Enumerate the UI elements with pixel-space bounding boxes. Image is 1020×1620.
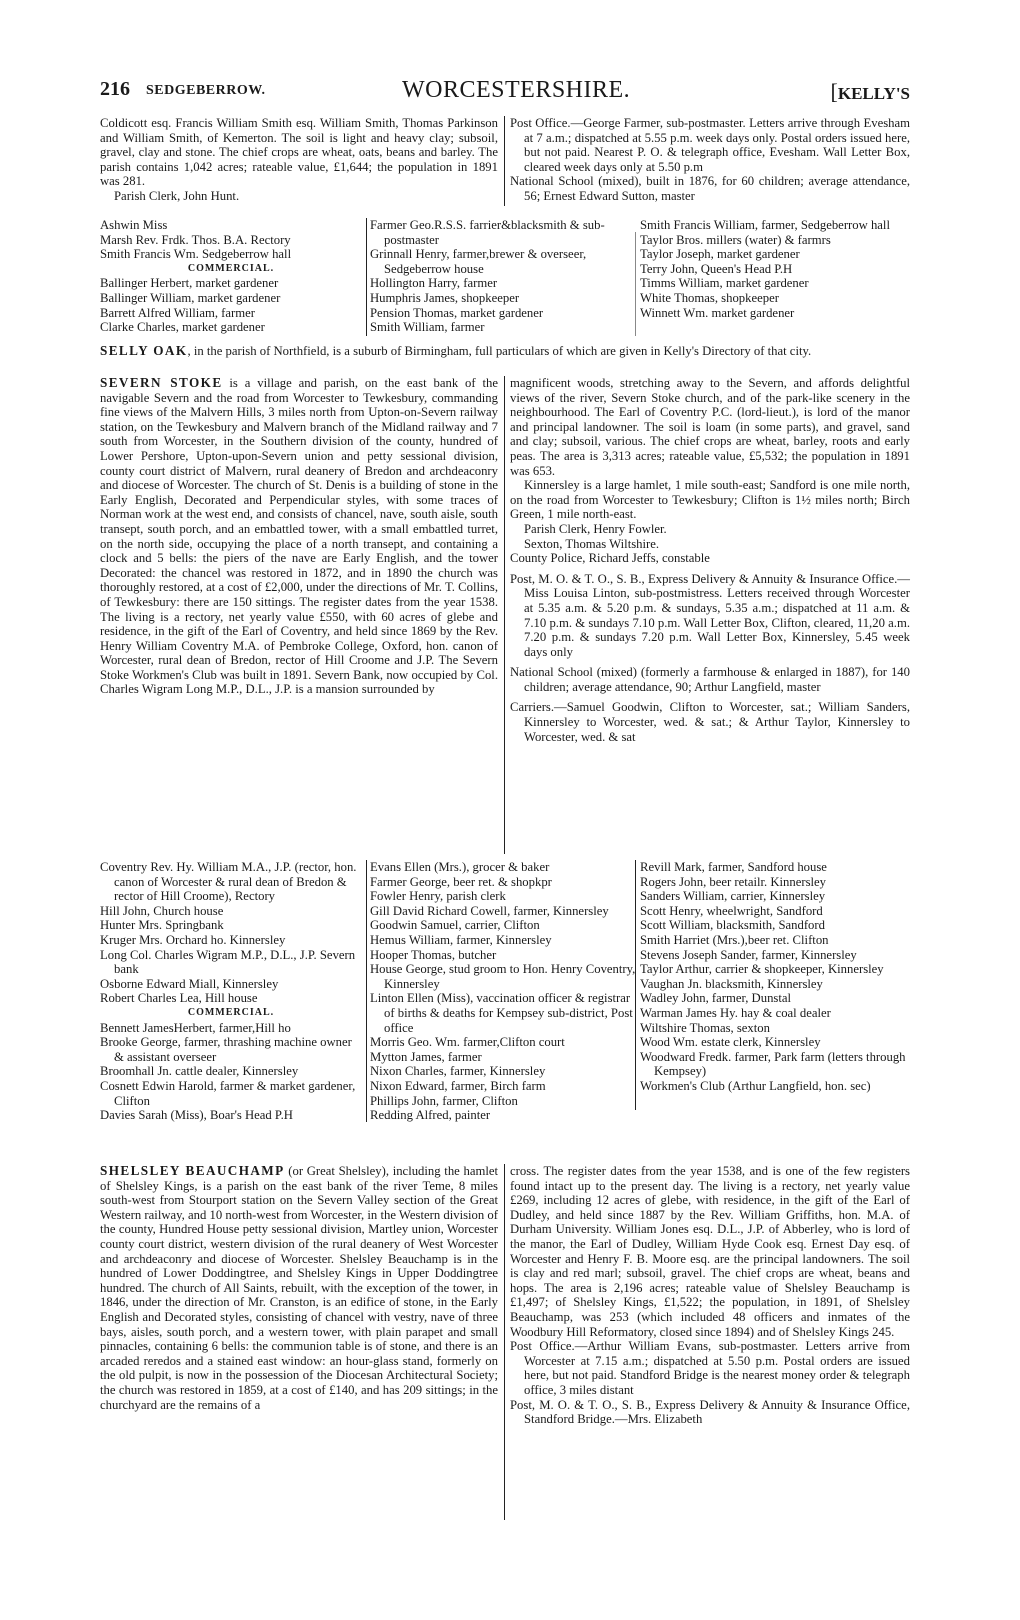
- column-divider: [504, 1164, 505, 1520]
- directory-entry: Hunter Mrs. Springbank: [100, 918, 362, 933]
- directory-entry: Redding Alfred, painter: [370, 1108, 636, 1123]
- shelsley-beauchamp-heading: SHELSLEY BEAUCHAMP: [100, 1163, 285, 1178]
- directory-entry: House George, stud groom to Hon. Henry C…: [370, 962, 636, 991]
- sedgeberrow-private-list: Ashwin MissMarsh Rev. Frdk. Thos. B.A. R…: [100, 218, 362, 335]
- severn-stoke-heading: SEVERN STOKE: [100, 375, 223, 390]
- directory-entry: White Thomas, shopkeeper: [640, 291, 910, 306]
- sedgeberrow-parish-clerk: Parish Clerk, John Hunt.: [100, 189, 498, 204]
- column-divider: [366, 218, 367, 336]
- severn-stoke-parish-clerk: Parish Clerk, Henry Fowler.: [510, 522, 910, 537]
- severn-stoke-school: National School (mixed) (formerly a farm…: [510, 665, 910, 694]
- directory-entry: Terry John, Queen's Head P.H: [640, 262, 910, 277]
- commercial-label: COMMERCIAL.: [100, 262, 362, 277]
- directory-entry: Sanders William, carrier, Kinnersley: [640, 889, 910, 904]
- directory-entry: Smith William, farmer: [370, 320, 636, 335]
- county-title: WORCESTERSHIRE.: [402, 77, 630, 104]
- directory-entry: Barrett Alfred William, farmer: [100, 306, 362, 321]
- directory-entry: Smith Francis William, farmer, Sedgeberr…: [640, 218, 910, 233]
- directory-entry: Evans Ellen (Mrs.), grocer & baker: [370, 860, 636, 875]
- directory-entry: Rogers John, beer retailr. Kinnersley: [640, 875, 910, 890]
- directory-entry: Scott William, blacksmith, Sandford: [640, 918, 910, 933]
- directory-entry: Morris Geo. Wm. farmer,Clifton court: [370, 1035, 636, 1050]
- selly-oak-heading: SELLY OAK: [100, 343, 187, 358]
- selly-oak-entry: SELLY OAK, in the parish of Northfield, …: [100, 344, 910, 359]
- shelsley-beauchamp-text-right: cross. The register dates from the year …: [510, 1164, 910, 1339]
- sedgeberrow-school: National School (mixed), built in 1876, …: [510, 174, 910, 203]
- directory-entry: Farmer George, beer ret. & shopkpr: [370, 875, 636, 890]
- commercial-label: COMMERCIAL.: [100, 1006, 362, 1021]
- directory-entry: Wiltshire Thomas, sexton: [640, 1021, 910, 1036]
- severn-stoke-carriers: Carriers.—Samuel Goodwin, Clifton to Wor…: [510, 700, 910, 744]
- directory-entry: Revill Mark, farmer, Sandford house: [640, 860, 910, 875]
- directory-entry: Brooke George, farmer, thrashing machine…: [100, 1035, 362, 1064]
- directory-entry: Humphris James, shopkeeper: [370, 291, 636, 306]
- directory-entry: Hill John, Church house: [100, 904, 362, 919]
- directory-entry: Ballinger Herbert, market gardener: [100, 276, 362, 291]
- directory-entry: Clarke Charles, market gardener: [100, 320, 362, 335]
- directory-entry: Vaughan Jn. blacksmith, Kinnersley: [640, 977, 910, 992]
- directory-entry: Robert Charles Lea, Hill house: [100, 991, 362, 1006]
- running-place-title: SEDGEBERROW.: [146, 83, 265, 99]
- directory-entry: Wood Wm. estate clerk, Kinnersley: [640, 1035, 910, 1050]
- shelsley-beauchamp-text-left: (or Great Shelsley), including the hamle…: [100, 1164, 498, 1412]
- directory-entry: Taylor Bros. millers (water) & farmrs: [640, 233, 910, 248]
- severn-stoke-hamlets: Kinnersley is a large hamlet, 1 mile sou…: [510, 478, 910, 522]
- sedgeberrow-post-office: Post Office.—George Farmer, sub-postmast…: [510, 116, 910, 174]
- directory-entry: Wadley John, farmer, Dunstal: [640, 991, 910, 1006]
- selly-oak-text: , in the parish of Northfield, is a subu…: [187, 344, 811, 358]
- severn-stoke-continued: magnificent woods, stretching away to th…: [510, 376, 910, 744]
- directory-entry: Goodwin Samuel, carrier, Clifton: [370, 918, 636, 933]
- severn-stoke-commercial-list-3: Revill Mark, farmer, Sandford houseRoger…: [640, 860, 910, 1094]
- directory-entry: Mytton James, farmer: [370, 1050, 636, 1065]
- sedgeberrow-intro-text: Coldicott esq. Francis William Smith esq…: [100, 116, 498, 189]
- column-divider: [366, 860, 367, 1122]
- directory-entry: Scott Henry, wheelwright, Sandford: [640, 904, 910, 919]
- directory-entry: Davies Sarah (Miss), Boar's Head P.H: [100, 1108, 362, 1123]
- directory-entry: Fowler Henry, parish clerk: [370, 889, 636, 904]
- directory-entry: Hollington Harry, farmer: [370, 276, 636, 291]
- directory-entry: Timms William, market gardener: [640, 276, 910, 291]
- publisher-mark: KELLY'S: [831, 79, 910, 105]
- directory-entry: Warman James Hy. hay & coal dealer: [640, 1006, 910, 1021]
- directory-entry: Woodward Fredk. farmer, Park farm (lette…: [640, 1050, 910, 1079]
- directory-entry: Stevens Joseph Sander, farmer, Kinnersle…: [640, 948, 910, 963]
- column-divider: [504, 116, 505, 206]
- directory-entry: Hemus William, farmer, Kinnersley: [370, 933, 636, 948]
- directory-entry: Long Col. Charles Wigram M.P., D.L., J.P…: [100, 948, 362, 977]
- directory-entry: Bennett JamesHerbert, farmer,Hill ho: [100, 1021, 362, 1036]
- shelsley-beauchamp-description: SHELSLEY BEAUCHAMP (or Great Shelsley), …: [100, 1164, 498, 1412]
- directory-entry: Linton Ellen (Miss), vaccination officer…: [370, 991, 636, 1035]
- shelsley-beauchamp-continued: cross. The register dates from the year …: [510, 1164, 910, 1427]
- directory-entry: Smith Francis Wm. Sedgeberrow hall: [100, 247, 362, 262]
- sedgeberrow-commercial-list-2: Farmer Geo.R.S.S. farrier&blacksmith & s…: [370, 218, 636, 335]
- directory-entry: Phillips John, farmer, Clifton: [370, 1094, 636, 1109]
- directory-entry: Coventry Rev. Hy. William M.A., J.P. (re…: [100, 860, 362, 904]
- directory-entry: Ballinger William, market gardener: [100, 291, 362, 306]
- shelsley-beauchamp-post-mo: Post, M. O. & T. O., S. B., Express Deli…: [510, 1398, 910, 1427]
- directory-entry: Osborne Edward Miall, Kinnersley: [100, 977, 362, 992]
- directory-entry: Broomhall Jn. cattle dealer, Kinnersley: [100, 1064, 362, 1079]
- directory-entry: Marsh Rev. Frdk. Thos. B.A. Rectory: [100, 233, 362, 248]
- directory-entry: Grinnall Henry, farmer,brewer & overseer…: [370, 247, 636, 276]
- column-divider: [635, 860, 636, 1110]
- directory-entry: Winnett Wm. market gardener: [640, 306, 910, 321]
- severn-stoke-commercial-list-2: Evans Ellen (Mrs.), grocer & bakerFarmer…: [370, 860, 636, 1123]
- severn-stoke-police: County Police, Richard Jeffs, constable: [510, 551, 910, 566]
- severn-stoke-post-office: Post, M. O. & T. O., S. B., Express Deli…: [510, 572, 910, 660]
- directory-entry: Cosnett Edwin Harold, farmer & market ga…: [100, 1079, 362, 1108]
- column-divider: [635, 232, 636, 336]
- directory-entry: Smith Harriet (Mrs.),beer ret. Clifton: [640, 933, 910, 948]
- severn-stoke-sexton: Sexton, Thomas Wiltshire.: [510, 537, 910, 552]
- sedgeberrow-services: Post Office.—George Farmer, sub-postmast…: [510, 116, 910, 204]
- directory-entry: Taylor Joseph, market gardener: [640, 247, 910, 262]
- sedgeberrow-intro: Coldicott esq. Francis William Smith esq…: [100, 116, 498, 204]
- shelsley-beauchamp-post-office: Post Office.—Arthur William Evans, sub-p…: [510, 1339, 910, 1397]
- column-divider: [504, 376, 505, 854]
- directory-entry: Gill David Richard Cowell, farmer, Kinne…: [370, 904, 636, 919]
- directory-entry: Hooper Thomas, butcher: [370, 948, 636, 963]
- directory-entry: Farmer Geo.R.S.S. farrier&blacksmith & s…: [370, 218, 636, 247]
- directory-entry: Kruger Mrs. Orchard ho. Kinnersley: [100, 933, 362, 948]
- severn-stoke-text-right: magnificent woods, stretching away to th…: [510, 376, 910, 478]
- page-number: 216: [100, 78, 130, 101]
- page-header: 216 SEDGEBERROW. WORCESTERSHIRE. KELLY'S: [100, 78, 910, 108]
- sedgeberrow-commercial-list-3: Smith Francis William, farmer, Sedgeberr…: [640, 218, 910, 320]
- severn-stoke-private-list: Coventry Rev. Hy. William M.A., J.P. (re…: [100, 860, 362, 1123]
- directory-entry: Workmen's Club (Arthur Langfield, hon. s…: [640, 1079, 910, 1094]
- severn-stoke-description: SEVERN STOKE is a village and parish, on…: [100, 376, 498, 697]
- directory-entry: Ashwin Miss: [100, 218, 362, 233]
- directory-entry: Nixon Edward, farmer, Birch farm: [370, 1079, 636, 1094]
- directory-entry: Taylor Arthur, carrier & shopkeeper, Kin…: [640, 962, 910, 977]
- directory-entry: Nixon Charles, farmer, Kinnersley: [370, 1064, 636, 1079]
- severn-stoke-text-left: is a village and parish, on the east ban…: [100, 376, 498, 696]
- directory-entry: Pension Thomas, market gardener: [370, 306, 636, 321]
